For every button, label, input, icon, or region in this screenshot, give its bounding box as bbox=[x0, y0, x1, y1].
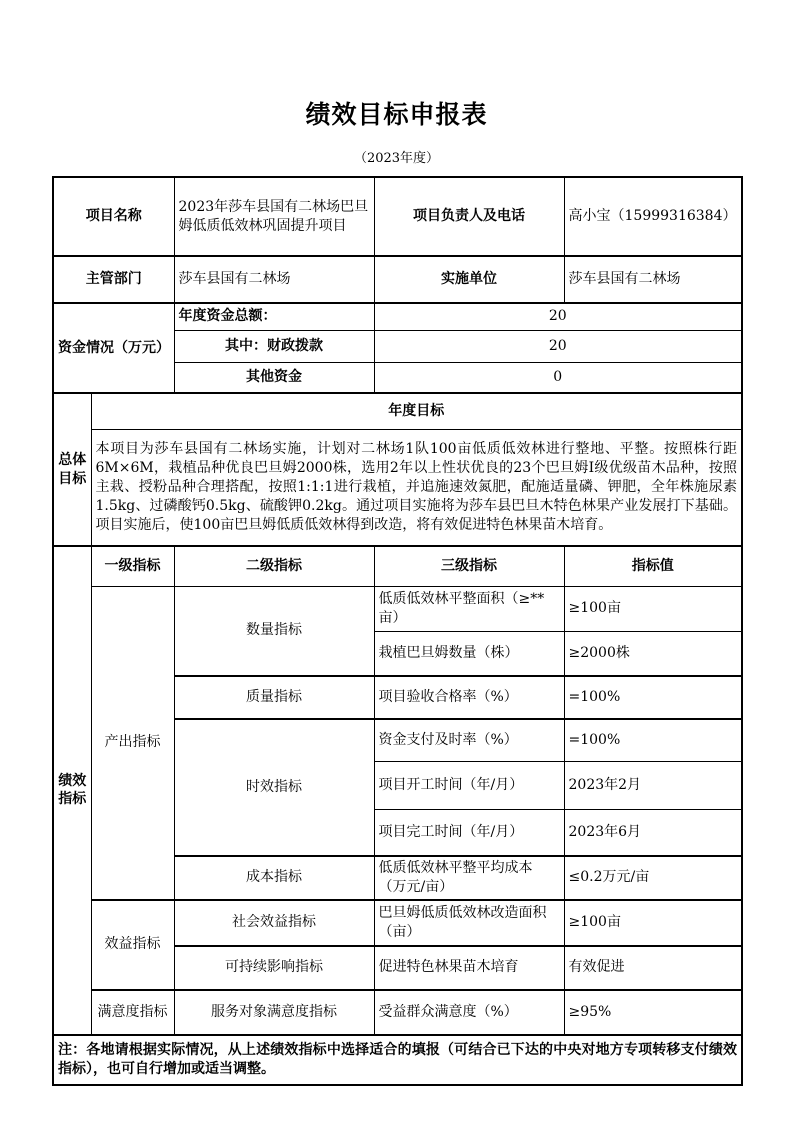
level3-indicator: 项目开工时间（年/月） bbox=[374, 761, 564, 809]
funding-total-label: 年度资金总额： bbox=[174, 303, 374, 330]
level1-benefit: 效益指标 bbox=[91, 900, 174, 990]
funding-fiscal-value: 20 bbox=[374, 330, 742, 362]
level3-indicator: 项目验收合格率（%） bbox=[374, 676, 564, 719]
page-subtitle: （2023年度） bbox=[0, 147, 793, 166]
indicators-label: 绩效指标 bbox=[53, 546, 91, 1035]
level3-indicator: 低质低效林平整面积（≥**亩） bbox=[374, 586, 564, 631]
leader-label: 项目负责人及电话 bbox=[374, 177, 564, 256]
indicator-value: ≥100亩 bbox=[564, 900, 742, 946]
indicator-value: 有效促进 bbox=[564, 946, 742, 990]
indicator-row: 产出指标 数量指标 低质低效林平整面积（≥**亩） ≥100亩 bbox=[53, 586, 742, 631]
level1-output: 产出指标 bbox=[91, 586, 174, 900]
overall-goal-label: 总体目标 bbox=[53, 393, 91, 546]
funding-total-value: 20 bbox=[374, 303, 742, 330]
indicator-value: ≥2000株 bbox=[564, 631, 742, 676]
annual-goal-text: 本项目为莎车县国有二林场实施，计划对二林场1队100亩低质低效林进行整地、平整。… bbox=[91, 429, 742, 546]
level3-indicator: 巴旦姆低质低效林改造面积（亩） bbox=[374, 900, 564, 946]
level2-sustainability: 可持续影响指标 bbox=[174, 946, 374, 990]
department-label: 主管部门 bbox=[53, 256, 174, 303]
level2-quantity: 数量指标 bbox=[174, 586, 374, 676]
funding-other-label: 其他资金 bbox=[174, 362, 374, 393]
level2-social-benefit: 社会效益指标 bbox=[174, 900, 374, 946]
annual-goal-header: 年度目标 bbox=[91, 393, 742, 429]
funding-label: 资金情况（万元） bbox=[53, 303, 174, 393]
row-project-name: 项目名称 2023年莎车县国有二林场巴旦姆低质低效林巩固提升项目 项目负责人及电… bbox=[53, 177, 742, 256]
funding-fiscal-label: 其中：财政拨款 bbox=[174, 330, 374, 362]
header-level1: 一级指标 bbox=[91, 546, 174, 586]
level2-service-satisfaction: 服务对象满意度指标 bbox=[174, 990, 374, 1035]
indicator-value: =100% bbox=[564, 719, 742, 761]
project-name-value: 2023年莎车县国有二林场巴旦姆低质低效林巩固提升项目 bbox=[174, 177, 374, 256]
row-department: 主管部门 莎车县国有二林场 实施单位 莎车县国有二林场 bbox=[53, 256, 742, 303]
indicator-value: ≥100亩 bbox=[564, 586, 742, 631]
level3-indicator: 受益群众满意度（%） bbox=[374, 990, 564, 1035]
page-title: 绩效目标申报表 bbox=[0, 95, 793, 131]
implementing-unit-label: 实施单位 bbox=[374, 256, 564, 303]
department-value: 莎车县国有二林场 bbox=[174, 256, 374, 303]
row-annual-goal-text: 本项目为莎车县国有二林场实施，计划对二林场1队100亩低质低效林进行整地、平整。… bbox=[53, 429, 742, 546]
row-annual-goal-header: 总体目标 年度目标 bbox=[53, 393, 742, 429]
leader-value: 高小宝（15999316384） bbox=[564, 177, 742, 256]
level1-satisfaction: 满意度指标 bbox=[91, 990, 174, 1035]
indicator-row: 满意度指标 服务对象满意度指标 受益群众满意度（%） ≥95% bbox=[53, 990, 742, 1035]
level3-indicator: 栽植巴旦姆数量（株） bbox=[374, 631, 564, 676]
implementing-unit-value: 莎车县国有二林场 bbox=[564, 256, 742, 303]
indicator-value: =100% bbox=[564, 676, 742, 719]
header-value: 指标值 bbox=[564, 546, 742, 586]
indicator-value: 2023年2月 bbox=[564, 761, 742, 809]
project-name-label: 项目名称 bbox=[53, 177, 174, 256]
indicator-value: ≤0.2万元/亩 bbox=[564, 856, 742, 900]
level3-indicator: 项目完工时间（年/月） bbox=[374, 809, 564, 856]
row-funding-total: 资金情况（万元） 年度资金总额： 20 bbox=[53, 303, 742, 330]
level3-indicator: 低质低效林平整平均成本（万元/亩） bbox=[374, 856, 564, 900]
header-level2: 二级指标 bbox=[174, 546, 374, 586]
document-page: 绩效目标申报表 （2023年度） 项目名称 2023年莎车县国有二林场巴旦姆低质… bbox=[0, 0, 793, 1122]
row-indicator-headers: 绩效指标 一级指标 二级指标 三级指标 指标值 bbox=[53, 546, 742, 586]
level2-cost: 成本指标 bbox=[174, 856, 374, 900]
declaration-table: 项目名称 2023年莎车县国有二林场巴旦姆低质低效林巩固提升项目 项目负责人及电… bbox=[52, 176, 743, 1086]
indicator-value: ≥95% bbox=[564, 990, 742, 1035]
level3-indicator: 促进特色林果苗木培育 bbox=[374, 946, 564, 990]
level3-indicator: 资金支付及时率（%） bbox=[374, 719, 564, 761]
note-text: 注：各地请根据实际情况，从上述绩效指标中选择适合的填报（可结合已下达的中央对地方… bbox=[53, 1035, 742, 1085]
level2-quality: 质量指标 bbox=[174, 676, 374, 719]
level2-timeliness: 时效指标 bbox=[174, 719, 374, 856]
header-level3: 三级指标 bbox=[374, 546, 564, 586]
funding-other-value: 0 bbox=[374, 362, 742, 393]
indicator-value: 2023年6月 bbox=[564, 809, 742, 856]
indicator-row: 效益指标 社会效益指标 巴旦姆低质低效林改造面积（亩） ≥100亩 bbox=[53, 900, 742, 946]
row-note: 注：各地请根据实际情况，从上述绩效指标中选择适合的填报（可结合已下达的中央对地方… bbox=[53, 1035, 742, 1085]
